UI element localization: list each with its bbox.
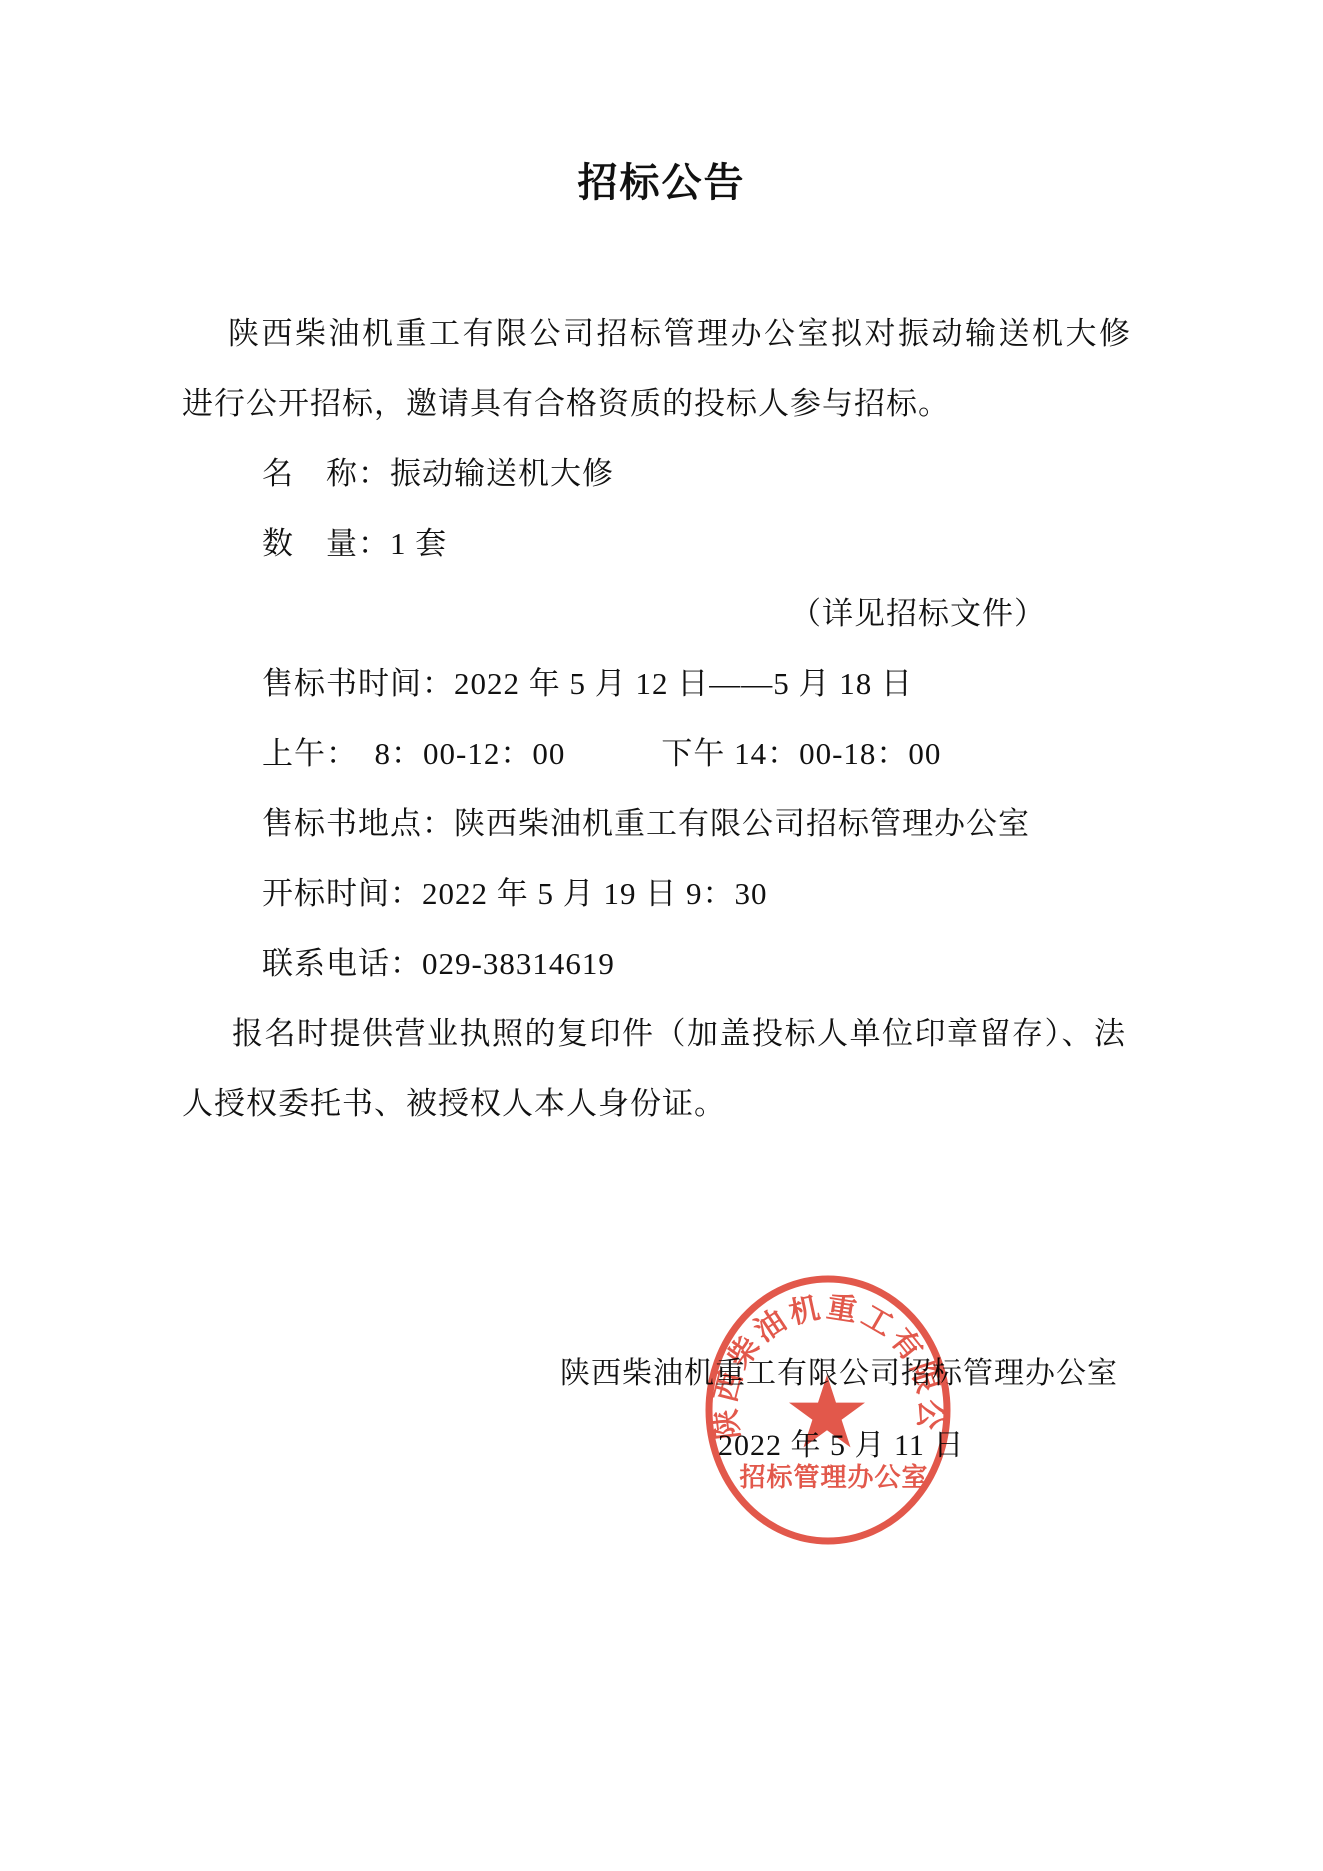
- body-line-name: 名 称：振动输送机大修: [262, 439, 1183, 509]
- body-line-open-time: 开标时间：2022 年 5 月 19 日 9：30: [262, 859, 1183, 929]
- body-line-phone: 联系电话：029-38314619: [262, 929, 1183, 999]
- document-page: 招标公告 陕西柴油机重工有限公司招标管理办公室拟对振动输送机大修 进行公开招标，…: [0, 0, 1323, 1871]
- body-line: 人授权委托书、被授权人本人身份证。: [182, 1069, 1183, 1139]
- body-line-hours: 上午： 8：00-12：00 下午 14：00-18：00: [262, 719, 1183, 789]
- body-line-sale-time: 售标书时间：2022 年 5 月 12 日——5 月 18 日: [262, 649, 1183, 719]
- body-line-sale-location: 售标书地点：陕西柴油机重工有限公司招标管理办公室: [262, 789, 1183, 859]
- body-line: 进行公开招标，邀请具有合格资质的投标人参与招标。: [182, 369, 1183, 439]
- signature-org: 陕西柴油机重工有限公司招标管理办公室: [560, 1339, 1118, 1409]
- document-title: 招标公告: [0, 160, 1323, 206]
- body-line: 报名时提供营业执照的复印件（加盖投标人单位印章留存）、法: [232, 999, 1183, 1069]
- seal-ring: [709, 1279, 947, 1541]
- signature-date: 2022 年 5 月 11 日: [718, 1411, 964, 1481]
- body-line: 陕西柴油机重工有限公司招标管理办公室拟对振动输送机大修: [228, 299, 1183, 369]
- document-body: 陕西柴油机重工有限公司招标管理办公室拟对振动输送机大修 进行公开招标，邀请具有合…: [170, 299, 1183, 1139]
- body-line-note: （详见招标文件）: [790, 579, 1183, 649]
- body-line-quantity: 数 量：1 套: [262, 509, 1183, 579]
